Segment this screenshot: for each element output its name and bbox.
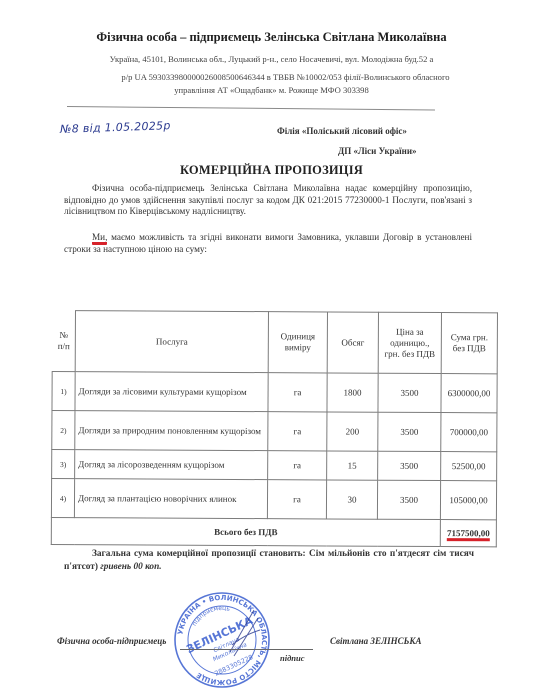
row-volume: 30 <box>326 480 377 519</box>
total-value: 7157500,00 <box>447 528 490 541</box>
offer-table: № п/п Послуга Одиниця виміру Обсяг Ціна … <box>51 310 498 547</box>
issuer-bank-line-2: управління АТ «Ощадбанк» м. Рожище МФО 3… <box>0 85 543 95</box>
row-unit: га <box>267 480 326 519</box>
header-unit: Одиниця виміру <box>268 312 327 373</box>
row-service: Догляди за природним поновленням кущоріз… <box>75 411 268 451</box>
signer-role: Фізична особа-підприємець <box>57 636 166 646</box>
table-total-row: Всього без ПДВ7157500,00 <box>51 517 496 546</box>
header-volume: Обсяг <box>327 312 378 373</box>
header-divider <box>67 106 435 111</box>
document-title: КОМЕРЦІЙНА ПРОПОЗИЦІЯ <box>0 163 543 178</box>
row-sum: 105000,00 <box>440 481 496 520</box>
table-row: 1)Догляди за лісовими культурами кущоріз… <box>52 372 497 413</box>
row-price: 3500 <box>378 412 441 451</box>
header-price: Ціна за одиницю., грн. без ПДВ <box>378 312 441 373</box>
row-price: 3500 <box>377 480 440 519</box>
header-sum: Сума грн. без ПДВ <box>441 313 497 374</box>
signature-line <box>180 649 313 650</box>
offer-text: маємо можливість та згідні виконати вимо… <box>64 232 472 254</box>
addressee-line-2: ДП «Ліси України» <box>338 146 417 156</box>
row-sum: 700000,00 <box>441 413 497 452</box>
intro-paragraph: Фізична особа-підприємець Зелінська Світ… <box>64 183 472 218</box>
issuer-bank-line-1: р/р UA 593033980000026008500646344 в ТВБ… <box>0 72 543 82</box>
row-volume: 15 <box>327 451 378 480</box>
row-number: 3) <box>52 450 75 479</box>
issuer-address: Україна, 45101, Волинська обл., Луцький … <box>0 54 543 64</box>
row-number: 4) <box>51 479 74 518</box>
row-unit: га <box>268 412 327 451</box>
row-unit: га <box>268 451 327 480</box>
summary-tail: гривень 00 коп. <box>98 562 162 572</box>
total-label: Всього без ПДВ <box>51 517 440 546</box>
signature-caption: підпис <box>280 653 305 663</box>
total-summary: Загальна сума комерційної пропозиції ста… <box>64 548 474 574</box>
intro-text: Фізична особа-підприємець Зелінська Світ… <box>64 183 472 216</box>
row-number: 1) <box>52 372 75 411</box>
row-sum: 52500,00 <box>441 452 497 481</box>
row-sum: 6300000,00 <box>441 374 497 413</box>
row-volume: 1800 <box>327 373 378 412</box>
total-value-cell: 7157500,00 <box>440 520 496 547</box>
signer-name: Світлана ЗЕЛІНСЬКА <box>330 636 421 646</box>
row-service: Догляд за лісорозведенням кущорізом <box>75 450 268 480</box>
issuer-name: Фізична особа – підприємець Зелінська Св… <box>0 30 543 45</box>
header-number: № п/п <box>52 311 75 372</box>
table-row: 3)Догляд за лісорозведенням кущорізомга1… <box>52 450 497 481</box>
header-service: Послуга <box>75 311 268 373</box>
row-price: 3500 <box>378 451 441 480</box>
row-number: 2) <box>52 411 75 450</box>
table-row: 2)Догляди за природним поновленням кущор… <box>52 411 497 452</box>
row-service: Догляд за плантацією новорічних ялинок <box>74 479 267 519</box>
handwritten-reference: №8 від 1.05.2025р <box>60 119 171 136</box>
row-volume: 200 <box>327 412 378 451</box>
addressee-line-1: Філія «Поліський лісовий офіс» <box>277 126 407 136</box>
row-service: Догляди за лісовими культурами кущорізом <box>75 372 268 412</box>
company-stamp-icon: УКРАЇНА • ВОЛИНСЬКА ОБЛАСТЬ, МІСТО РОЖИЩ… <box>172 590 272 690</box>
offer-paragraph: Ми, маємо можливість та згідні виконати … <box>64 232 472 255</box>
table-row: 4)Догляд за плантацією новорічних ялинок… <box>51 479 496 520</box>
row-price: 3500 <box>378 373 441 412</box>
row-unit: га <box>268 373 327 412</box>
table-header-row: № п/п Послуга Одиниця виміру Обсяг Ціна … <box>52 311 497 374</box>
